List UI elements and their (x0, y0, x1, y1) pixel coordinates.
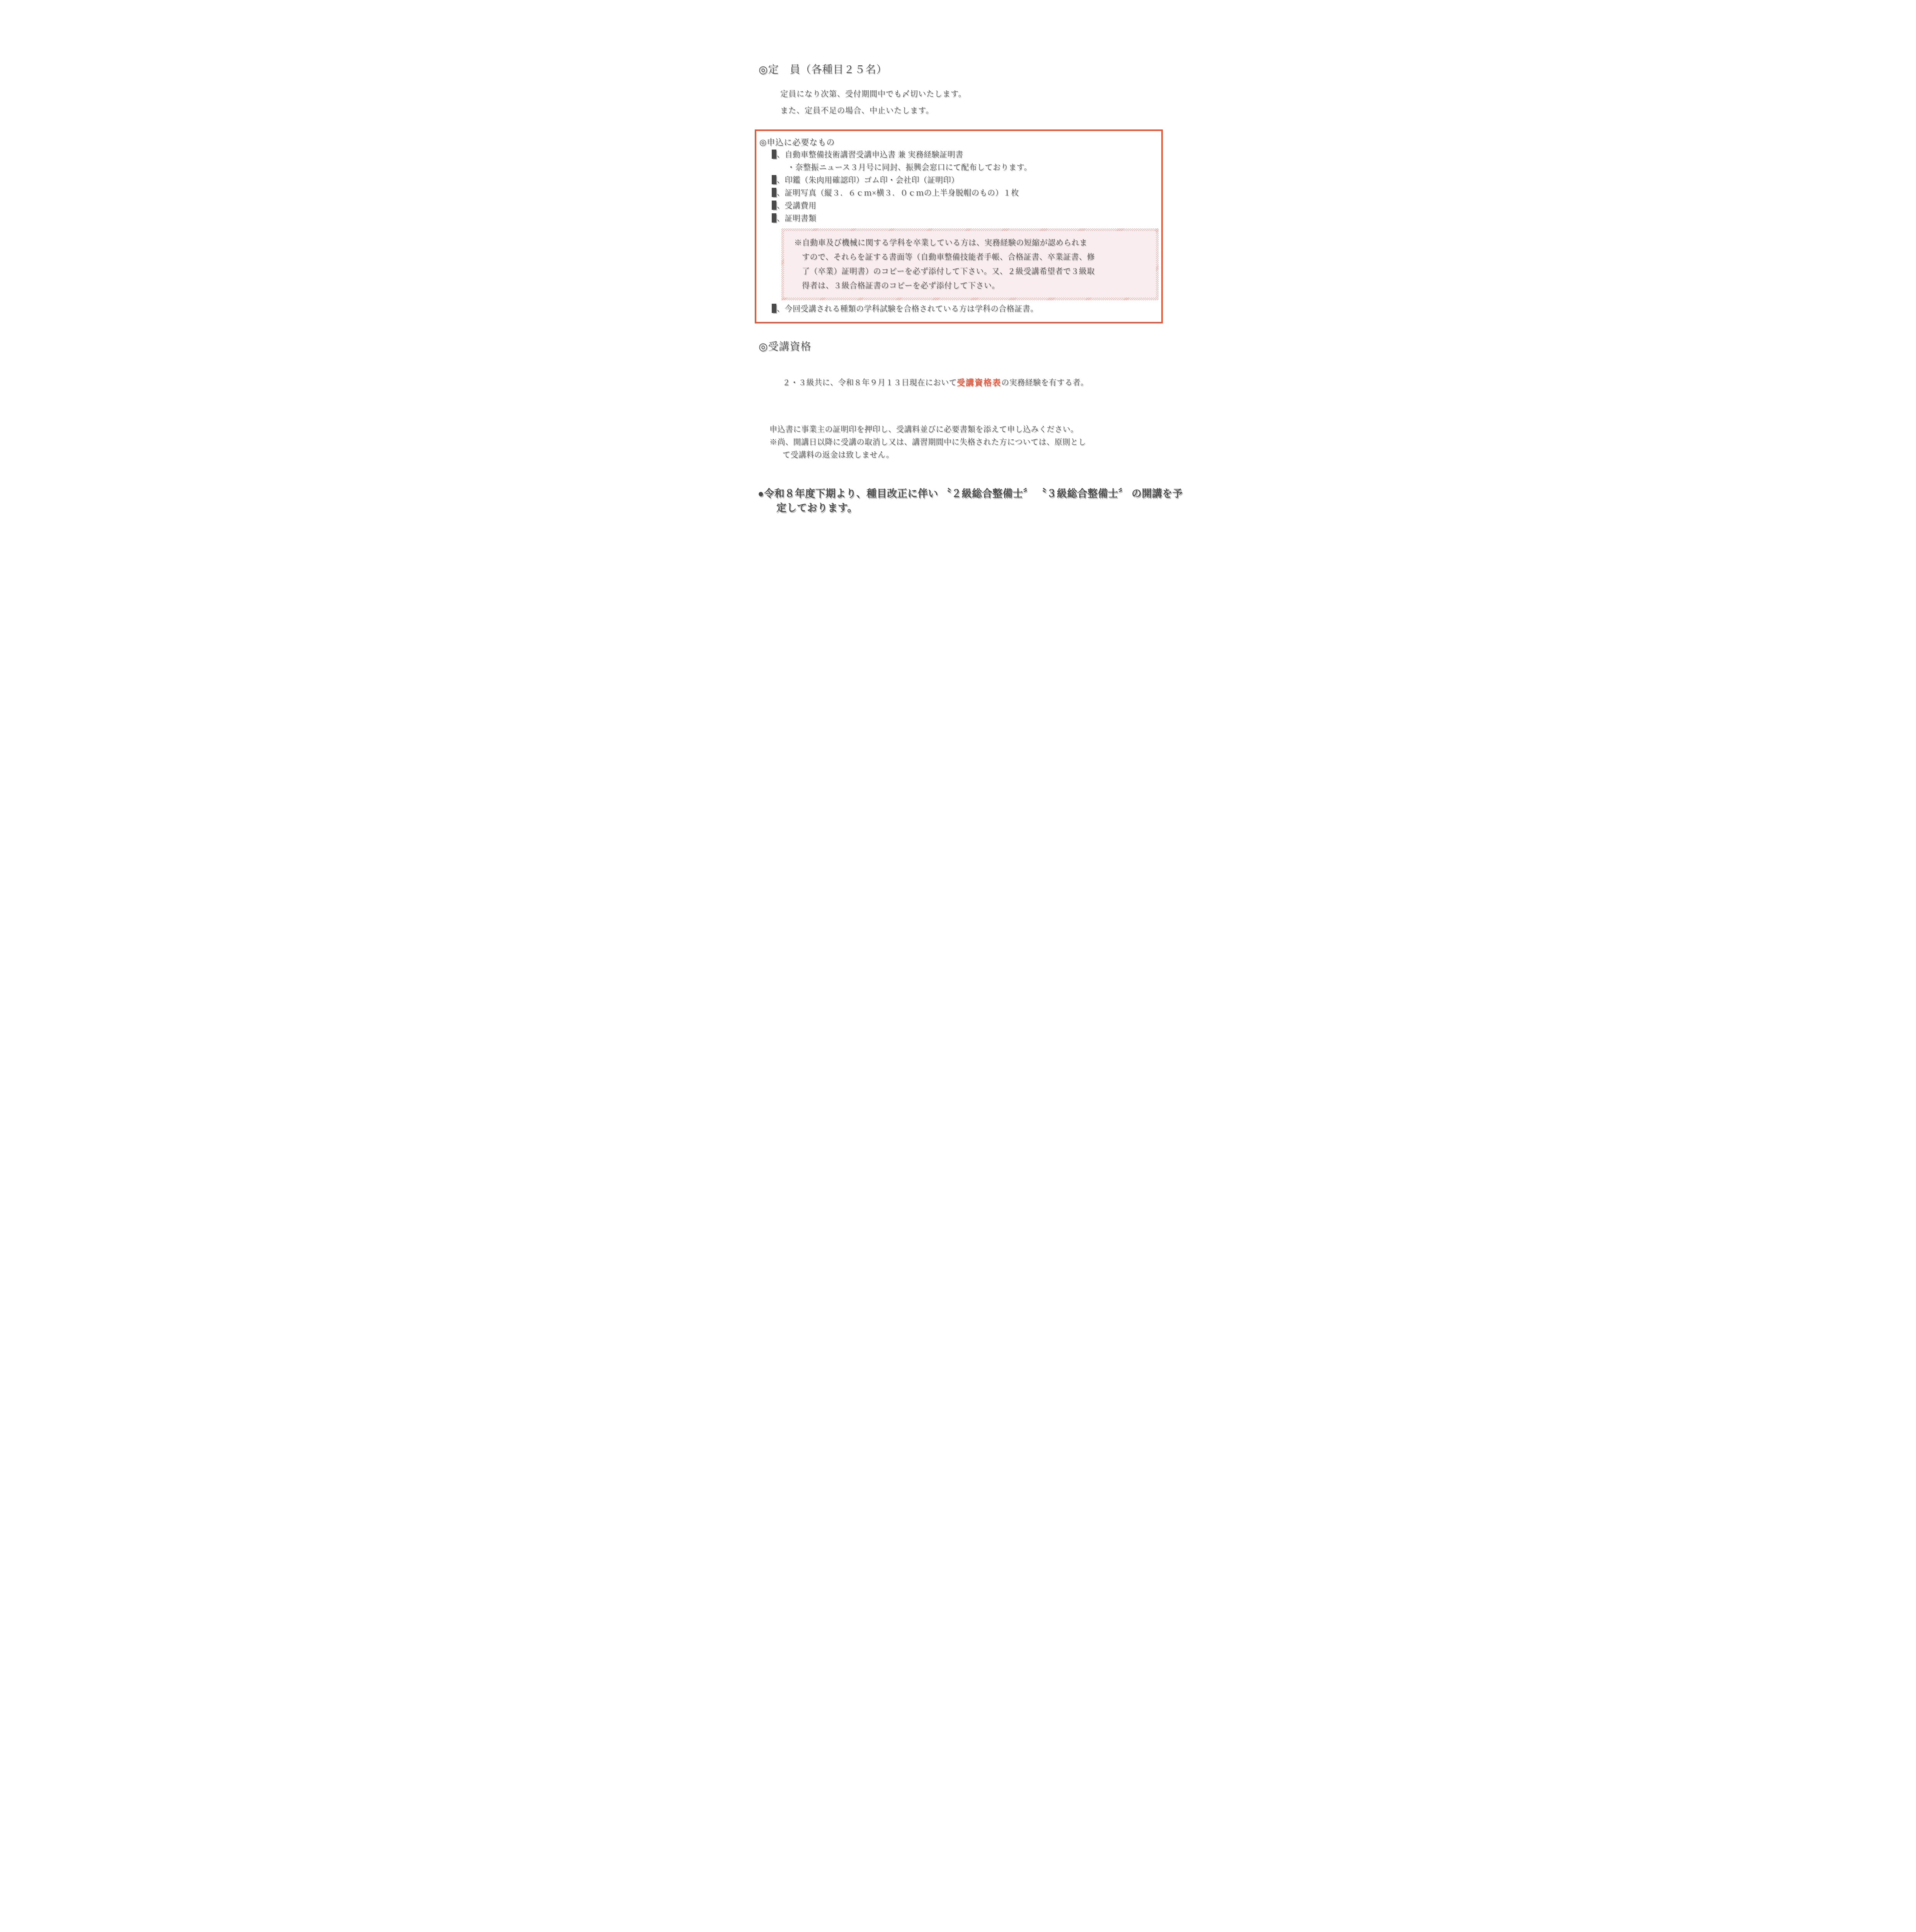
square-bullet-icon (772, 201, 776, 210)
capacity-line: また、定員不足の場合、中止いたします。 (780, 103, 1198, 119)
square-bullet-icon (772, 213, 776, 223)
note-line: 了（卒業）証明書）のコピーを必ず添付して下さい。又、２級受講希望者で３級取 (794, 265, 1150, 279)
procedure-line: て受講料の返金は致しません。 (769, 449, 1198, 462)
bullet-item: 、受講費用 (772, 200, 1154, 213)
announcement: ●令和８年度下期より、種目改正に伴い 〝２級総合整備士〞 〝３級総合整備士〞 の… (758, 486, 1198, 515)
eligibility-text-before: ２・３級共に、令和８年９月１３日現在において (783, 379, 957, 387)
bullet-item: 、証明写真（縦３．６ｃｍ×横３．０ｃｍの上半身脱帽のもの）１枚 (772, 187, 1154, 200)
square-bullet-icon (772, 150, 776, 159)
square-bullet-icon (772, 175, 776, 184)
bullet-item: 、証明書類 (772, 213, 1154, 225)
application-requirements-box: ◎申込に必要なもの 、自動車整備技術講習受講申込書 兼 実務経験証明書 ・奈整振… (755, 129, 1163, 323)
bullet-text: 受講費用 (785, 202, 817, 210)
square-bullet-icon (772, 188, 776, 197)
eligibility-table-highlight: 受講資格表 (957, 378, 1001, 387)
eligibility-line: ２・３級共に、令和８年９月１３日現在において受講資格表の実務経験を有する者。 (783, 376, 1198, 388)
procedure-line: 申込書に事業主の証明印を押印し、受講料並びに必要書類を添えて申し込みください。 (769, 423, 1198, 436)
bullet-text: 証明書類 (785, 214, 817, 223)
bullet-text: 今回受講される種類の学科試験を合格されている方は学科の合格証書。 (785, 305, 1038, 313)
application-box-heading: ◎申込に必要なもの (759, 136, 1154, 149)
bullet-comma: 、 (777, 189, 785, 197)
document-page: ◎定 員（各種目２５名） 定員になり次第、受付期間中でも〆切いたします。 また、… (718, 0, 1198, 678)
bullet-comma: 、 (777, 176, 785, 185)
note-line: すので、それらを証する書面等（自動車整備技能者手帳、合格証書、卒業証書、修 (794, 250, 1150, 265)
bullet-item-final: 、今回受講される種類の学科試験を合格されている方は学科の合格証書。 (772, 303, 1154, 316)
application-procedure: 申込書に事業主の証明印を押印し、受講料並びに必要書類を添えて申し込みください。 … (769, 423, 1198, 462)
bullet-item: 、印鑑（朱肉用確認印）ゴム印・会社印（証明印） (772, 174, 1154, 187)
square-bullet-icon (772, 304, 776, 313)
capacity-section: 定員になり次第、受付期間中でも〆切いたします。 また、定員不足の場合、中止いたし… (780, 86, 1198, 119)
capacity-line: 定員になり次第、受付期間中でも〆切いたします。 (780, 86, 1198, 103)
bullet-item: 、自動車整備技術講習受講申込書 兼 実務経験証明書 (772, 149, 1154, 162)
note-line: 得者は、３級合格証書のコピーを必ず添付して下さい。 (794, 279, 1150, 293)
exemption-note-box: ※自動車及び機械に関する学科を卒業している方は、実務経験の短縮が認められま すの… (781, 228, 1159, 300)
bullet-comma: 、 (777, 305, 785, 313)
bullet-text: 自動車整備技術講習受講申込書 兼 実務経験証明書 (785, 151, 963, 159)
announcement-line-1: ●令和８年度下期より、種目改正に伴い 〝２級総合整備士〞 〝３級総合整備士〞 の… (758, 486, 1198, 501)
bullet-text: 証明写真（縦３．６ｃｍ×横３．０ｃｍの上半身脱帽のもの）１枚 (785, 189, 1019, 197)
bullet-comma: 、 (777, 202, 785, 210)
note-line: ※自動車及び機械に関する学科を卒業している方は、実務経験の短縮が認められま (794, 236, 1150, 250)
bullet-comma: 、 (777, 151, 785, 159)
eligibility-heading: ◎受講資格 (759, 338, 1198, 353)
bullet-text: 印鑑（朱肉用確認印）ゴム印・会社印（証明印） (785, 176, 959, 185)
sub-note: ・奈整振ニュース３月号に同封、振興会窓口にて配布しております。 (787, 162, 1154, 174)
bullet-comma: 、 (777, 214, 785, 223)
capacity-heading: ◎定 員（各種目２５名） (759, 61, 1198, 76)
procedure-line: ※尚、開講日以降に受講の取消し又は、講習期間中に失格された方については、原則とし (769, 436, 1198, 449)
eligibility-text-after: の実務経験を有する者。 (1001, 379, 1089, 387)
exemption-note-inner: ※自動車及び機械に関する学科を卒業している方は、実務経験の短縮が認められま すの… (784, 231, 1156, 298)
announcement-line-2: 定しております。 (758, 501, 1198, 515)
